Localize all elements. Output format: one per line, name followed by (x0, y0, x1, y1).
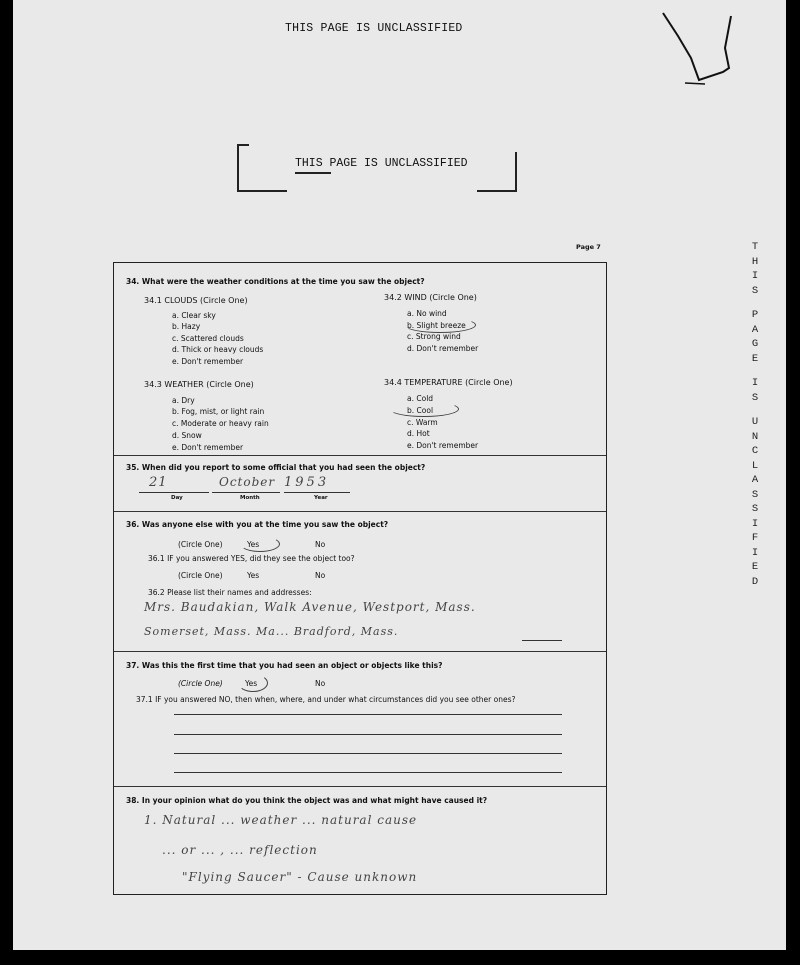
month-label: Month (240, 495, 260, 501)
section-q38: 38. In your opinion what do you think th… (114, 786, 606, 895)
q38-question: 38. In your opinion what do you think th… (126, 796, 487, 805)
answer-line[interactable] (174, 772, 562, 773)
day-label: Day (171, 495, 183, 501)
questionnaire-form: 34. What were the weather conditions at … (113, 262, 607, 895)
wind-option-c[interactable]: c. Strong wind (407, 332, 461, 341)
weather-option-c[interactable]: c. Moderate or heavy rain (172, 419, 269, 428)
q36-1-yes-option[interactable]: Yes (247, 571, 259, 580)
weather-option-a[interactable]: a. Dry (172, 396, 195, 405)
classification-stamp-top: THIS PAGE IS UNCLASSIFIED (285, 22, 463, 35)
q37-circle-one: (Circle One) (178, 679, 223, 688)
temperature-option-e[interactable]: e. Don't remember (407, 441, 478, 450)
q34-3-title: 34.3 WEATHER (Circle One) (144, 380, 254, 389)
section-q37: 37. Was this the first time that you had… (114, 651, 606, 787)
year-label: Year (314, 495, 328, 501)
q36-yes-circle (240, 536, 280, 552)
q36-2-question: 36.2 Please list their names and address… (148, 588, 312, 597)
clouds-option-d[interactable]: d. Thick or heavy clouds (172, 345, 263, 354)
handwritten-mark (653, 8, 733, 88)
q34-1-title: 34.1 CLOUDS (Circle One) (144, 296, 248, 305)
companions-names-line1[interactable]: Mrs. Baudakian, Walk Avenue, Westport, M… (144, 600, 476, 614)
answer-line[interactable] (174, 714, 562, 715)
answer-line[interactable] (174, 753, 562, 754)
clouds-option-b[interactable]: b. Hazy (172, 322, 200, 331)
weather-option-b[interactable]: b. Fog, mist, or light rain (172, 407, 264, 416)
q34-4-title: 34.4 TEMPERATURE (Circle One) (384, 378, 513, 387)
page-number: Page 7 (576, 243, 601, 251)
month-underline (212, 492, 280, 493)
year-underline (284, 492, 350, 493)
classification-stamp-boxed: THIS PAGE IS UNCLASSIFIED (295, 157, 468, 170)
weather-option-d[interactable]: d. Snow (172, 431, 202, 440)
section-q35: 35. When did you report to some official… (114, 455, 606, 512)
companions-names-line2[interactable]: Somerset, Mass. Ma... Bradford, Mass. (144, 625, 398, 638)
temperature-option-c[interactable]: c. Warm (407, 418, 438, 427)
q36-1-circle-one: (Circle One) (178, 571, 223, 580)
clouds-option-c[interactable]: c. Scattered clouds (172, 334, 244, 343)
opinion-answer-line2[interactable]: ... or ... , ... reflection (162, 843, 318, 857)
clouds-option-e[interactable]: e. Don't remember (172, 357, 243, 366)
q37-yes-circle (238, 674, 268, 692)
clouds-option-a[interactable]: a. Clear sky (172, 311, 216, 320)
section-q36: 36. Was anyone else with you at the time… (114, 511, 606, 652)
q36-1-no-option[interactable]: No (315, 571, 325, 580)
wind-selection-circle (404, 317, 476, 333)
answer-line[interactable] (174, 734, 562, 735)
q37-no-option[interactable]: No (315, 679, 325, 688)
wind-option-d[interactable]: d. Don't remember (407, 344, 478, 353)
temperature-selection-circle (389, 401, 459, 417)
q34-question: 34. What were the weather conditions at … (126, 277, 425, 286)
q37-question: 37. Was this the first time that you had… (126, 661, 442, 670)
q36-question: 36. Was anyone else with you at the time… (126, 520, 388, 529)
report-month-value[interactable]: October (219, 475, 275, 489)
q36-no-option[interactable]: No (315, 540, 325, 549)
temperature-option-d[interactable]: d. Hot (407, 429, 430, 438)
q35-question: 35. When did you report to some official… (126, 463, 425, 472)
q36-1-question: 36.1 IF you answered YES, did they see t… (148, 554, 355, 563)
answer-line (522, 640, 562, 641)
opinion-answer-line1[interactable]: 1. Natural ... weather ... natural cause (144, 813, 417, 827)
day-underline (139, 492, 209, 493)
q36-circle-one: (Circle One) (178, 540, 223, 549)
weather-option-e[interactable]: e. Don't remember (172, 443, 243, 452)
q34-2-title: 34.2 WIND (Circle One) (384, 293, 477, 302)
report-day-value[interactable]: 21 (149, 475, 168, 490)
classification-stamp-vertical: T H I S P A G E I S U N C L A S S I F I … (749, 240, 761, 589)
q37-1-question: 37.1 IF you answered NO, then when, wher… (136, 695, 515, 704)
report-year-value[interactable]: 1953 (284, 475, 329, 490)
opinion-answer-line3[interactable]: "Flying Saucer" - Cause unknown (182, 870, 417, 884)
